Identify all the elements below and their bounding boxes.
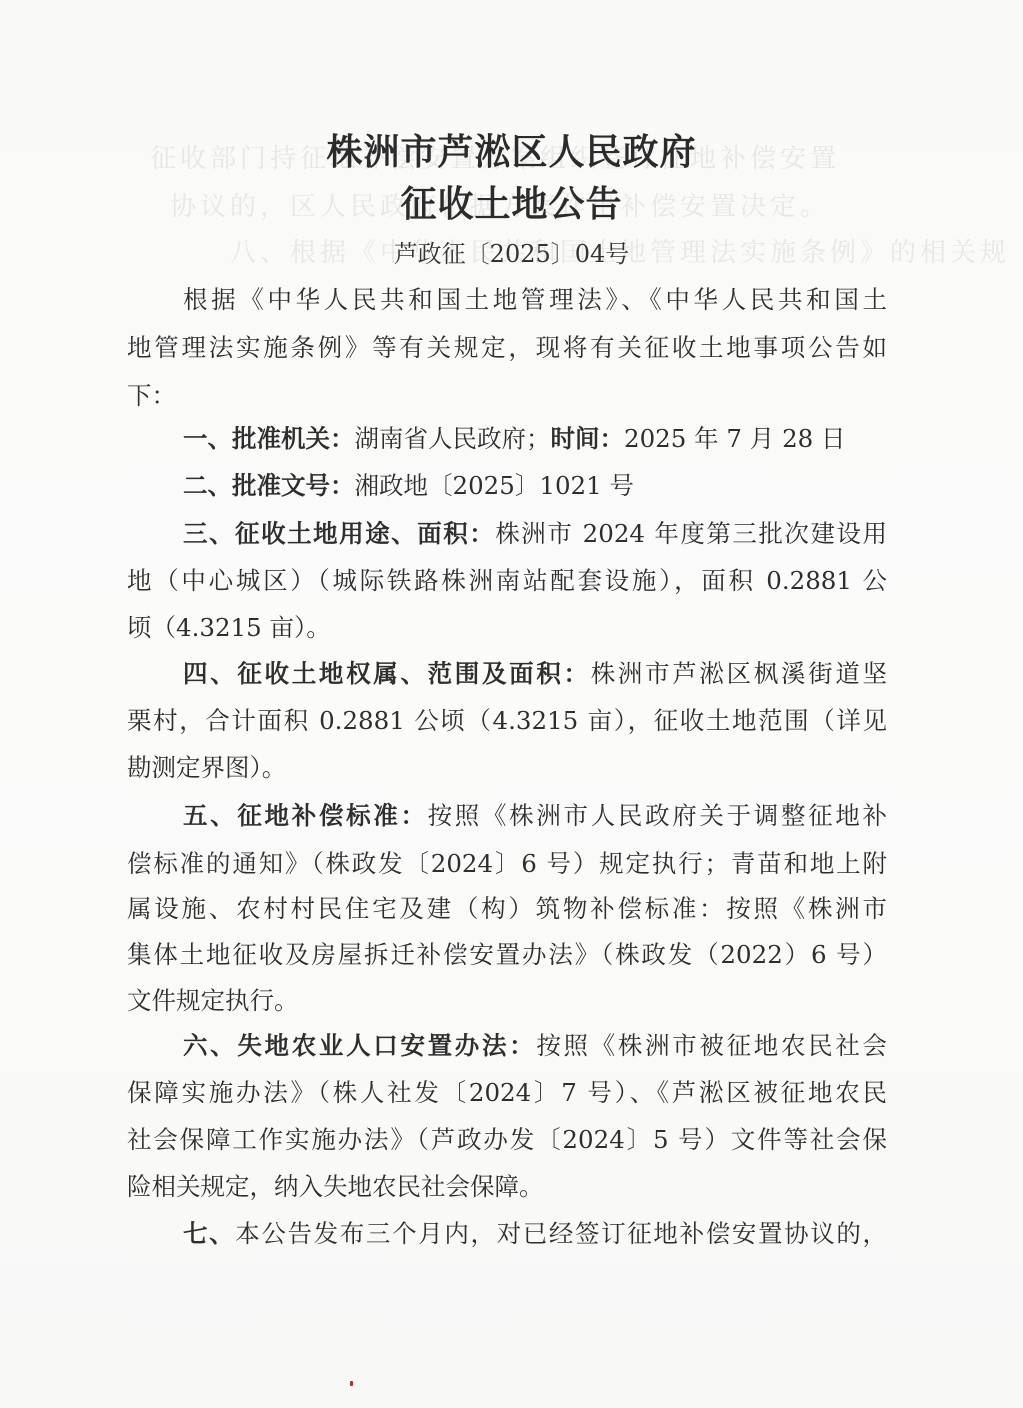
page-title: 株洲市芦淞区人民政府 [0, 124, 1023, 175]
section-3-line: 顷（4.3215 亩）。 [127, 612, 887, 644]
section-1: 一、批准机关：湖南省人民政府；时间：2025 年 7 月 28 日 [183, 423, 887, 455]
section-5-line: 集体土地征收及房屋拆迁补偿安置办法》（株政发（2022）6 号） [127, 939, 887, 971]
section-label: 一、批准机关： [183, 424, 355, 453]
section-label: 七、 [183, 1219, 235, 1248]
section-label: 时间： [551, 424, 625, 453]
section-label: 二、批准文号： [183, 471, 355, 500]
intro-line: 根据《中华人民共和国土地管理法》、《中华人民共和国土 [183, 284, 887, 316]
section-5-line: 偿标准的通知》（株政发〔2024〕6 号）规定执行；青苗和地上附 [127, 848, 887, 880]
document-number: 芦政征〔2025〕04号 [0, 234, 1023, 269]
section-2: 二、批准文号：湘政地〔2025〕1021 号 [183, 470, 887, 502]
intro-line: 地管理法实施条例》等有关规定，现将有关征收土地事项公告如 [127, 332, 887, 364]
section-4: 四、征收土地权属、范围及面积：株洲市芦淞区枫溪街道坚 [183, 658, 887, 690]
section-3-line: 地（中心城区）（城际铁路株洲南站配套设施），面积 0.2881 公 [127, 565, 887, 597]
section-6: 六、失地农业人口安置办法：按照《株洲市被征地农民社会 [183, 1030, 887, 1062]
page-subtitle: 征收土地公告 [0, 176, 1023, 227]
intro-line: 下： [127, 380, 887, 412]
section-5-line: 文件规定执行。 [127, 985, 887, 1017]
section-7: 七、本公告发布三个月内，对已经签订征地补偿安置协议的， [183, 1218, 887, 1250]
scan-speck [350, 1381, 353, 1386]
section-label: 五、征地补偿标准： [183, 801, 428, 830]
section-5: 五、征地补偿标准：按照《株洲市人民政府关于调整征地补 [183, 800, 887, 832]
section-label: 四、征收土地权属、范围及面积： [183, 659, 591, 688]
section-4-line: 勘测定界图）。 [127, 752, 887, 784]
section-6-line: 险相关规定，纳入失地农民社会保障。 [127, 1171, 887, 1203]
section-3: 三、征收土地用途、面积：株洲市 2024 年度第三批次建设用 [183, 518, 887, 550]
section-6-line: 保障实施办法》（株人社发〔2024〕7 号）、《芦淞区被征地农民 [127, 1077, 887, 1109]
section-label: 三、征收土地用途、面积： [183, 519, 495, 548]
scanned-page: 征收部门持征地补偿安置方案组织签订征地补偿安置 协议的，区人民政府依据方案作出补… [0, 0, 1023, 1408]
section-6-line: 社会保障工作实施办法》（芦政办发〔2024〕5 号）文件等社会保 [127, 1124, 887, 1156]
section-4-line: 栗村，合计面积 0.2881 公顷（4.3215 亩），征收土地范围（详见 [127, 705, 887, 737]
section-5-line: 属设施、农村村民住宅及建（构）筑物补偿标准：按照《株洲市 [127, 893, 887, 925]
section-label: 六、失地农业人口安置办法： [183, 1031, 536, 1060]
